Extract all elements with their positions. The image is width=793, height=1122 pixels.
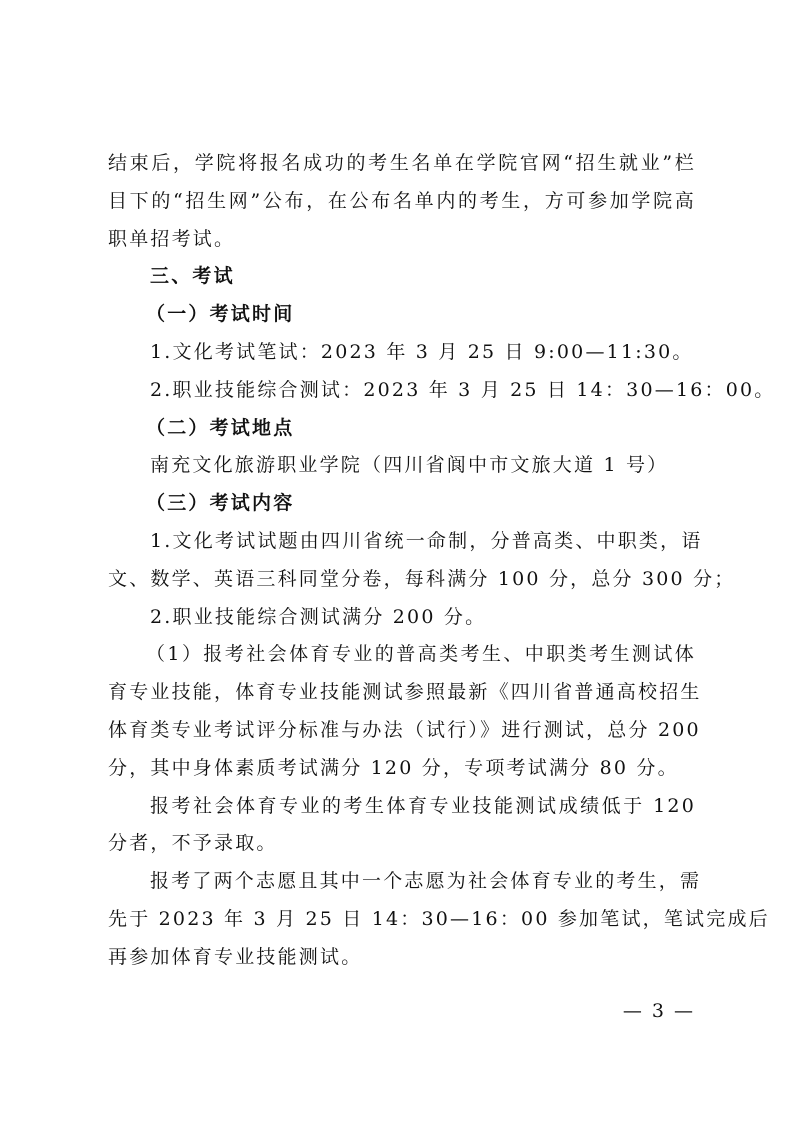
subsection-heading: （三）考试内容 (108, 485, 696, 523)
paragraph-line: 体育类专业考试评分标准与办法（试行）》进行测试，总分 200 (108, 712, 696, 750)
paragraph-line: 再参加体育专业技能测试。 (108, 939, 696, 977)
paragraph-line: 先于 2023 年 3 月 25 日 14：30—16：00 参加笔试，笔试完成… (108, 901, 696, 939)
paragraph-line: 文、数学、英语三科同堂分卷，每科满分 100 分，总分 300 分； (108, 561, 696, 599)
page-number: — 3 — (623, 1000, 695, 1022)
paragraph-line: 2.职业技能综合测试满分 200 分。 (108, 599, 696, 637)
paragraph-line: 南充文化旅游职业学院（四川省阆中市文旅大道 1 号） (108, 447, 696, 485)
paragraph-line: 育专业技能，体育专业技能测试参照最新《四川省普通高校招生 (108, 674, 696, 712)
paragraph-line: 1.文化考试试题由四川省统一命制，分普高类、中职类，语 (108, 523, 696, 561)
paragraph-line: 报考了两个志愿且其中一个志愿为社会体育专业的考生，需 (108, 863, 696, 901)
subsection-heading: （二）考试地点 (108, 410, 696, 448)
paragraph-line: 报考社会体育专业的考生体育专业技能测试成绩低于 120 (108, 788, 696, 826)
paragraph-line: 2.职业技能综合测试：2023 年 3 月 25 日 14：30—16：00。 (108, 372, 696, 410)
paragraph-line: 职单招考试。 (108, 221, 696, 259)
paragraph-line: 目下的“招生网”公布，在公布名单内的考生，方可参加学院高 (108, 183, 696, 221)
paragraph-line: 1.文化考试笔试：2023 年 3 月 25 日 9:00—11:30。 (108, 334, 696, 372)
document-body: 结束后，学院将报名成功的考生名单在学院官网“招生就业”栏 目下的“招生网”公布，… (108, 145, 696, 977)
paragraph-line: （1）报考社会体育专业的普高类考生、中职类考生测试体 (108, 636, 696, 674)
subsection-heading: （一）考试时间 (108, 296, 696, 334)
paragraph-line: 分，其中身体素质考试满分 120 分，专项考试满分 80 分。 (108, 750, 696, 788)
section-heading: 三、考试 (108, 258, 696, 296)
paragraph-line: 结束后，学院将报名成功的考生名单在学院官网“招生就业”栏 (108, 145, 696, 183)
paragraph-line: 分者，不予录取。 (108, 825, 696, 863)
